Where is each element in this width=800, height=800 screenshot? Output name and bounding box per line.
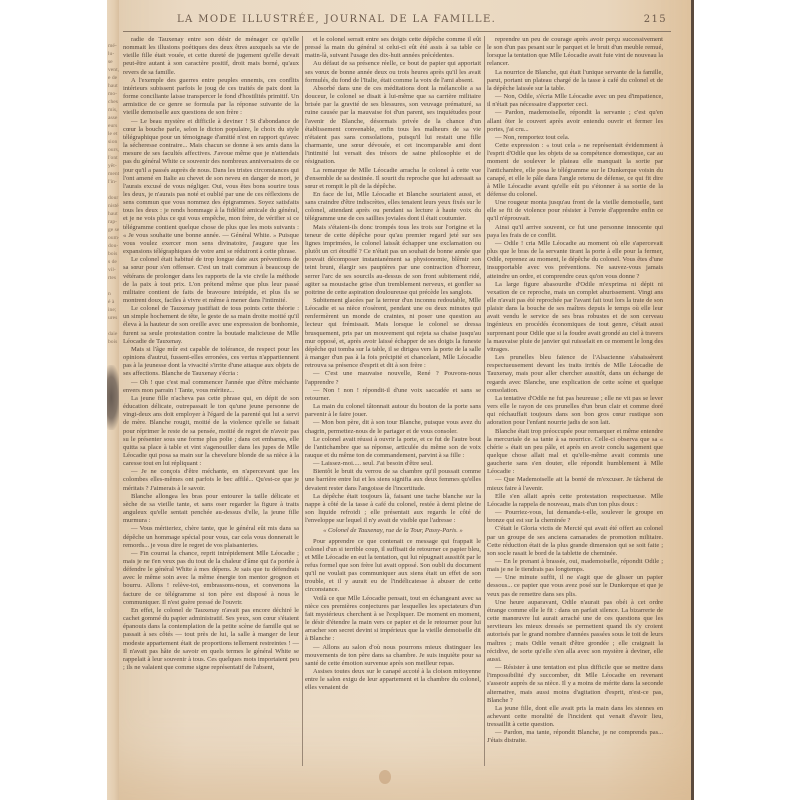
paragraph: Les prunelles bleu faïence de l'Alsacien… (487, 354, 663, 395)
paragraph: Une heure auparavant, Odile n'aurait pas… (487, 599, 663, 664)
fragment-line: yêt- (108, 162, 119, 170)
paragraph: Elle s'en allait après cette protestatio… (487, 493, 663, 509)
paragraph: A l'exemple des guerres entre peuples en… (123, 77, 299, 118)
fragment-line: ine; (108, 306, 119, 314)
fragment-line: asse (108, 114, 119, 122)
fragment-line: rtes (108, 274, 119, 282)
paragraph: — Je ne conçois d'être méchante, en n'ap… (123, 468, 299, 492)
fragment-line: ches (108, 98, 119, 106)
publication-title: LA MODE ILLUSTRÉE, JOURNAL DE LA FAMILLE… (177, 14, 496, 25)
fragment-line: le et (108, 130, 119, 138)
paragraph: La dépêche était toujours là, faisant un… (305, 493, 481, 526)
paragraph: — Que Mademoiselle ait la bonté de m'exc… (487, 476, 663, 492)
fragment-line: dou- (108, 242, 119, 250)
fragment-line: nisté (108, 202, 119, 210)
fragment-line: oum- (108, 234, 119, 242)
paragraph: — Pardon, mademoiselle, répondit la serv… (487, 109, 663, 133)
fragment-line: bois (108, 250, 119, 258)
paragraph: C'était le Gloria victis de Mercié qui a… (487, 525, 663, 558)
paper-stain (379, 770, 391, 784)
running-head: LA MODE ILLUSTRÉE, JOURNAL DE LA FAMILLE… (119, 14, 691, 30)
page-number: 215 (644, 14, 667, 25)
paragraph: La tentative d'Odile ne fut pas heureuse… (487, 395, 663, 428)
paragraph: En face de lui, Mlle Léocadie et Blanche… (305, 191, 481, 224)
fragment-line: mo- (108, 90, 119, 98)
column-divider (484, 36, 485, 766)
paragraph: — Le beau mystère et difficile à deviner… (123, 118, 299, 257)
column-divider (302, 36, 303, 766)
paragraph: — Vous mériteriez, chère tante, que le g… (123, 525, 299, 549)
text-column-2: et le colonel serrait entre ses doigts c… (305, 36, 481, 776)
paragraph: — Une minute suffit, il ne s'agit que de… (487, 574, 663, 598)
fragment-line: n (108, 290, 119, 298)
text-column-1: radie de Tauxenay entre son désir de mén… (123, 36, 299, 776)
paragraph: En effet, le colonel de Tauxenay n'avait… (123, 607, 299, 672)
paragraph: — Allons au salon d'où nous pourrons mie… (305, 644, 481, 668)
paragraph: La remarque de Mlle Léocadie arracha le … (305, 167, 481, 191)
paragraph: Bientôt le bruit du verrou de sa chambre… (305, 468, 481, 492)
fragment-line: rap- (108, 218, 119, 226)
paragraph: La large figure abasourdie d'Odile m'exp… (487, 281, 663, 354)
paragraph: Blanche était trop préoccupée pour remar… (487, 428, 663, 477)
paragraph: — Non, remportez tout cela. (487, 134, 663, 142)
paragraph: Le colonel était habitué de trop longue … (123, 256, 299, 305)
paragraph: Assises toutes deux sur le canapé accoté… (305, 668, 481, 692)
paragraph: Cette expression : « tout cela » ne repr… (487, 142, 663, 199)
paragraph: Pour apprendre ce que contenait ce messa… (305, 538, 481, 595)
fragment-line: ures (108, 314, 119, 322)
fragment-line: mis, (108, 106, 119, 114)
fragment-line: ge se (108, 226, 119, 234)
fragment-line: vent, (108, 66, 119, 74)
paragraph: radie de Tauxenay entre son désir de mén… (123, 36, 299, 77)
paragraph: — Mon bon père, dit à son tour Blanche, … (305, 419, 481, 435)
paragraph: — Pourriez-vous, lui demanda-t-elle, sou… (487, 509, 663, 525)
paragraph: — Résister à une tentation est plus diff… (487, 664, 663, 705)
paragraph: Le colonel avait réussi à ouvrir la port… (305, 436, 481, 460)
fragment-line: é à (108, 298, 119, 306)
paragraph: — C'est une mauvaise nouvelle, René ? Po… (305, 370, 481, 386)
paragraph: La jeune fille, dont elle avait pris la … (487, 705, 663, 729)
paragraph: La main du colonel tâtonnait autour du b… (305, 403, 481, 419)
fragment-line: ment (108, 170, 119, 178)
paragraph: Subitement glacées par la terreur d'un i… (305, 297, 481, 370)
paragraph: — Non, Odile, s'écria Mlle Léocadie avec… (487, 93, 663, 109)
fragment-line: s de (108, 258, 119, 266)
paragraph: Ainsi qu'il arrive souvent, ce fut une p… (487, 224, 663, 240)
paragraph: — Pardon, ma tante, répondit Blanche, je… (487, 729, 663, 745)
fragment-line (108, 322, 119, 330)
paragraph: — Odile ! cria Mlle Léocadie au moment o… (487, 240, 663, 281)
paragraph: Une rougeur monta jusqu'au front de la v… (487, 199, 663, 223)
fragment-line: ours, (108, 146, 119, 154)
page-binding-edge (691, 0, 694, 800)
paragraph: Le colonel de Tauxenay justifiait de tou… (123, 305, 299, 346)
paragraph: et le colonel serrait entre ses doigts c… (305, 36, 481, 60)
paragraph: Mais si l'âge mûr est capable de toléran… (123, 346, 299, 379)
fragment-line: l'in- (108, 178, 119, 186)
text-column-3: reprendre un peu de courage après avoir … (487, 36, 663, 776)
fragment-line: haut (108, 82, 119, 90)
paragraph: La jeune fille n'acheva pas cette phrase… (123, 395, 299, 468)
paragraph: — Laissez-moi..... seul. J'ai besoin d'ê… (305, 460, 481, 468)
paragraph: Blanche allongea les bras pour entourer … (123, 493, 299, 526)
fragment-line: daie (108, 330, 119, 338)
fragment-line (108, 186, 119, 194)
paragraph: Absorbé dans une de ces méditations dont… (305, 85, 481, 167)
fragment-line: l'ont (108, 154, 119, 162)
paragraph: — Fin courrai la chance, reprit intrépid… (123, 550, 299, 607)
fragment-line: bois (108, 338, 119, 346)
paragraph: Mais s'étaient-ils donc trompés tous les… (305, 224, 481, 297)
fragment-line (108, 282, 119, 290)
fragment-line: sion (108, 138, 119, 146)
address-line: « Colonel de Tauxenay, rue de la Tour, P… (305, 527, 481, 535)
paragraph: — En le prenant à brassée, oui, mademois… (487, 558, 663, 574)
paragraph: La nourrice de Blanche, qui était l'uniq… (487, 69, 663, 93)
fragment-line: e de (108, 74, 119, 82)
fragment-line: lu- (108, 50, 119, 58)
previous-page-text-fragments: mé-lu-sevent,e dehautmo-chesmis,asseeurs… (108, 42, 119, 346)
paragraph: Voilà ce que Mlle Léocadie pensait, tout… (305, 595, 481, 644)
fragment-line: eurs (108, 122, 119, 130)
fragment-line: dour (108, 194, 119, 202)
paragraph: reprendre un peu de courage après avoir … (487, 36, 663, 69)
fragment-line: se (108, 58, 119, 66)
fragment-line: haut (108, 210, 119, 218)
newspaper-page: LA MODE ILLUSTRÉE, JOURNAL DE LA FAMILLE… (119, 0, 691, 800)
paragraph: — Oh ! que c'est mal commencer l'année q… (123, 379, 299, 395)
fragment-line: mé- (108, 42, 119, 50)
fragment-line: vil- (108, 266, 119, 274)
header-rule (123, 31, 671, 32)
paragraph: Au défaut de sa présence réelle, ce bout… (305, 60, 481, 84)
paragraph: — Non ! non ! répondit-il d'une voix sac… (305, 387, 481, 403)
